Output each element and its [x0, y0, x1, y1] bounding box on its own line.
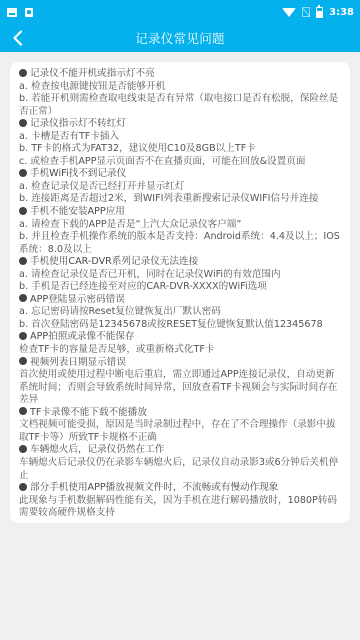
- faq-line: 首次使用或使用过程中断电后重启，需立即通过APP连接记录仪，自动更新系统时间；否…: [19, 369, 340, 407]
- bullet-icon: [19, 257, 27, 265]
- faq-heading: 手机不能安装APP应用: [19, 206, 340, 219]
- faq-card: 记录仪不能开机或指示灯不亮 a. 检查按电源键按钮是否能够开机 b. 若能开机则…: [10, 62, 350, 523]
- faq-line: a. 请检查下载的APP是否是“上汽大众记录仪客户端”: [19, 219, 340, 232]
- image-notification-icon: [7, 8, 17, 17]
- bullet-icon: [19, 483, 27, 491]
- faq-heading: 部分手机使用APP播放视频文件时，不流畅或有慢动作现象: [19, 482, 340, 495]
- lock-notification-icon: [25, 8, 33, 17]
- status-time: 3:38: [329, 7, 354, 18]
- faq-line: c. 或检查手机APP显示页面否不在直播页面，可能在回放&设置页面: [19, 156, 340, 169]
- faq-line: a. 忘记密码请按Reset复位键恢复出厂默认密码: [19, 306, 340, 319]
- no-sim-icon: [302, 7, 310, 17]
- faq-section: 视频列表日期显示错误 首次使用或使用过程中断电后重启，需立即通过APP连接记录仪…: [19, 357, 340, 407]
- faq-heading: 视频列表日期显示错误: [19, 357, 340, 370]
- faq-line: b. 手机是否已经连接至对应的CAR-DVR-XXXX的WiFi选项: [19, 281, 340, 294]
- faq-section: APP登陆显示密码错误 a. 忘记密码请按Reset复位键恢复出厂默认密码 b.…: [19, 294, 340, 332]
- faq-line: a. 卡槽是否有TF卡插入: [19, 131, 340, 144]
- bullet-icon: [19, 169, 27, 177]
- faq-heading: 记录仪指示灯不转红灯: [19, 118, 340, 131]
- bullet-icon: [19, 445, 27, 453]
- faq-line: b. 首次登陆密码是12345678或按RESET复位键恢复默认值1234567…: [19, 319, 340, 332]
- wifi-icon: [282, 8, 296, 17]
- status-bar: 3:38: [0, 0, 360, 24]
- faq-heading: 手机使用CAR-DVR系列记录仪无法连接: [19, 256, 340, 269]
- bullet-icon: [19, 207, 27, 215]
- faq-line: a. 检查记录仪是否已经打开并显示红灯: [19, 181, 340, 194]
- faq-line: a. 请检查记录仪是否已开机，同时在记录仪WiFi的有效范围内: [19, 269, 340, 282]
- faq-line: b. 并且检查手机操作系统的版本是否支持：Android系统：4.4及以上；IO…: [19, 231, 340, 256]
- faq-heading: TF卡录像不能下载不能播放: [19, 407, 340, 420]
- faq-line: b. TF卡的格式为FAT32，建议使用C10及8GB以上TF卡: [19, 143, 340, 156]
- bullet-icon: [19, 119, 27, 127]
- faq-heading: 记录仪不能开机或指示灯不亮: [19, 68, 340, 81]
- faq-section: 部分手机使用APP播放视频文件时，不流畅或有慢动作现象 此现象与手机数据解码性能…: [19, 482, 340, 520]
- bullet-icon: [19, 357, 27, 365]
- page-title: 记录仪常见问题: [135, 29, 225, 47]
- faq-line: b. 连接距离是否超过2米，到WIFI列表重新搜索记录仪WIFI信号并连接: [19, 193, 340, 206]
- faq-line: 文档视频可能受损，原因是当时录制过程中，存在了不合理操作（录影中拔取TF卡等）所…: [19, 419, 340, 444]
- faq-section: 记录仪不能开机或指示灯不亮 a. 检查按电源键按钮是否能够开机 b. 若能开机则…: [19, 68, 340, 118]
- bullet-icon: [19, 407, 27, 415]
- faq-line: b. 若能开机则需检查取电线束是否有异常（取电接口是否有松脱，保险丝是否正常）: [19, 93, 340, 118]
- faq-section: 手机不能安装APP应用 a. 请检查下载的APP是否是“上汽大众记录仪客户端” …: [19, 206, 340, 256]
- faq-section: 车辆熄火后，记录仪仍然在工作 车辆熄火后记录仪仍在录影车辆熄火后，记录仪自动录影…: [19, 444, 340, 482]
- faq-section: 记录仪指示灯不转红灯 a. 卡槽是否有TF卡插入 b. TF卡的格式为FAT32…: [19, 118, 340, 168]
- faq-heading: 手机WiFi找不到记录仪: [19, 168, 340, 181]
- faq-line: 检查TF卡的容量是否足够，或重新格式化TF卡: [19, 344, 340, 357]
- faq-section: APP拍照或录像不能保存 检查TF卡的容量是否足够，或重新格式化TF卡: [19, 331, 340, 356]
- faq-section: 手机使用CAR-DVR系列记录仪无法连接 a. 请检查记录仪是否已开机，同时在记…: [19, 256, 340, 294]
- faq-line: a. 检查按电源键按钮是否能够开机: [19, 81, 340, 94]
- bullet-icon: [19, 294, 27, 302]
- app-bar: 记录仪常见问题: [0, 24, 360, 52]
- faq-heading: APP拍照或录像不能保存: [19, 331, 340, 344]
- battery-icon: [316, 7, 323, 18]
- faq-section: 手机WiFi找不到记录仪 a. 检查记录仪是否已经打开并显示红灯 b. 连接距离…: [19, 168, 340, 206]
- chevron-left-icon: [12, 30, 24, 46]
- bullet-icon: [19, 69, 27, 77]
- faq-line: 车辆熄火后记录仪仍在录影车辆熄火后，记录仪自动录影3或6分钟后关机停止: [19, 457, 340, 482]
- faq-heading: 车辆熄火后，记录仪仍然在工作: [19, 444, 340, 457]
- faq-heading: APP登陆显示密码错误: [19, 294, 340, 307]
- faq-line: 此现象与手机数据解码性能有关，因为手机在进行解码播放时，1080P转码需要较高硬…: [19, 495, 340, 520]
- faq-section: TF卡录像不能下载不能播放 文档视频可能受损，原因是当时录制过程中，存在了不合理…: [19, 407, 340, 445]
- back-button[interactable]: [4, 24, 32, 52]
- bullet-icon: [19, 332, 27, 340]
